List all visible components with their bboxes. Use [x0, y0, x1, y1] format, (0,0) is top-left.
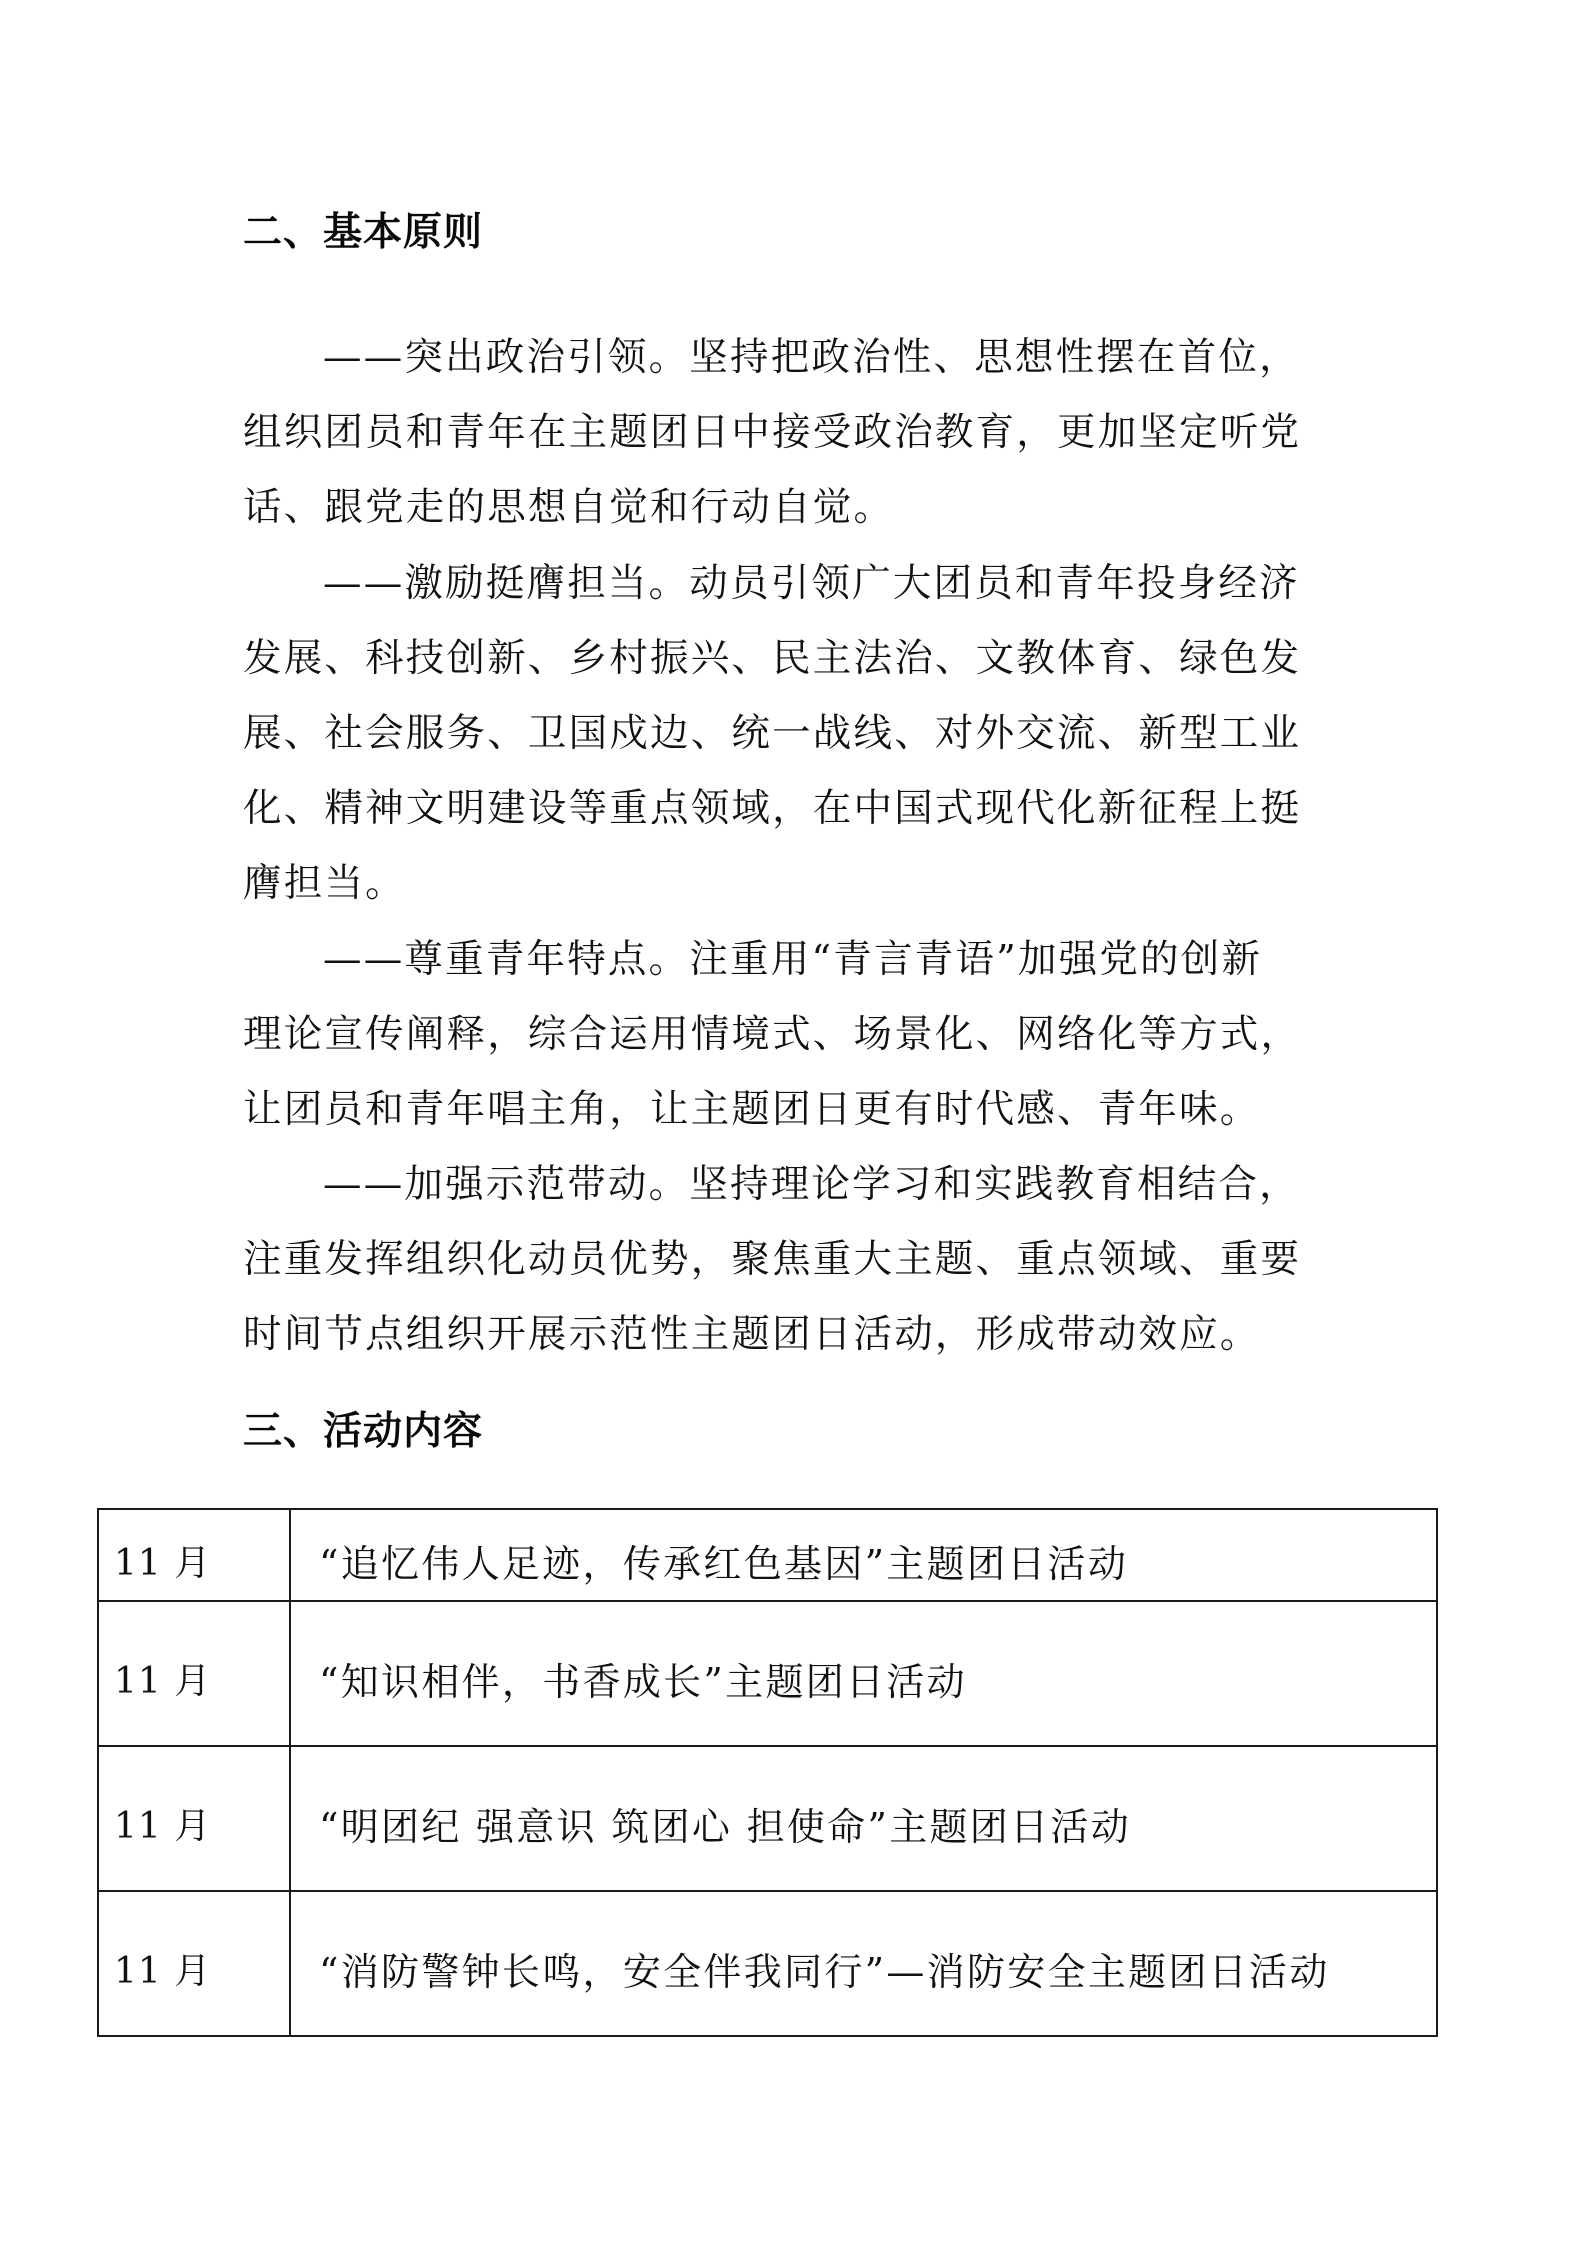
document-page: 二、基本原则 ——突出政治引领。坚持把政治性、思想性摆在首位， 组织团员和青年在… [0, 0, 1587, 2245]
activity-date: 11 月 [98, 1746, 290, 1891]
paragraph-line: 化、精神文明建设等重点领域，在中国式现代化新征程上挺 [243, 771, 1353, 846]
table-row: 11 月 “追忆伟人足迹，传承红色基因”主题团日活动 [98, 1509, 1437, 1601]
section-heading-activity-content: 三、活动内容 [243, 1408, 483, 1456]
activity-title: “明团纪 强意识 筑团心 担使命”主题团日活动 [290, 1746, 1437, 1891]
principle-paragraph-demonstration: ——加强示范带动。坚持理论学习和实践教育相结合， 注重发挥组织化动员优势，聚焦重… [243, 1147, 1353, 1373]
table-row: 11 月 “知识相伴，书香成长”主题团日活动 [98, 1601, 1437, 1746]
activity-table: 11 月 “追忆伟人足迹，传承红色基因”主题团日活动 11 月 “知识相伴，书香… [97, 1508, 1438, 2037]
paragraph-line: 话、跟党走的思想自觉和行动自觉。 [243, 470, 1353, 545]
paragraph-line: 组织团员和青年在主题团日中接受政治教育，更加坚定听党 [243, 395, 1353, 470]
paragraph-line: 展、社会服务、卫国戍边、统一战线、对外交流、新型工业 [243, 696, 1353, 771]
principles-body: ——突出政治引领。坚持把政治性、思想性摆在首位， 组织团员和青年在主题团日中接受… [243, 320, 1353, 1373]
paragraph-line: 发展、科技创新、乡村振兴、民主法治、文教体育、绿色发 [243, 621, 1353, 696]
activity-date: 11 月 [98, 1509, 290, 1601]
activity-date: 11 月 [98, 1891, 290, 2036]
activity-title: “消防警钟长鸣，安全伴我同行”—消防安全主题团日活动 [290, 1891, 1437, 2036]
paragraph-line: ——加强示范带动。坚持理论学习和实践教育相结合， [243, 1147, 1353, 1222]
paragraph-line: 时间节点组织开展示范性主题团日活动，形成带动效应。 [243, 1297, 1353, 1372]
paragraph-line: ——突出政治引领。坚持把政治性、思想性摆在首位， [243, 320, 1353, 395]
principle-paragraph-take-responsibility: ——激励挺膺担当。动员引领广大团员和青年投身经济 发展、科技创新、乡村振兴、民主… [243, 546, 1353, 922]
activity-title: “知识相伴，书香成长”主题团日活动 [290, 1601, 1437, 1746]
paragraph-line: 膺担当。 [243, 846, 1353, 921]
section-heading-basic-principles: 二、基本原则 [243, 209, 483, 257]
paragraph-line: ——尊重青年特点。注重用“青言青语”加强党的创新 [243, 922, 1353, 997]
table-row: 11 月 “明团纪 强意识 筑团心 担使命”主题团日活动 [98, 1746, 1437, 1891]
paragraph-line: 理论宣传阐释，综合运用情境式、场景化、网络化等方式， [243, 997, 1353, 1072]
table-row: 11 月 “消防警钟长鸣，安全伴我同行”—消防安全主题团日活动 [98, 1891, 1437, 2036]
principle-paragraph-respect-youth: ——尊重青年特点。注重用“青言青语”加强党的创新 理论宣传阐释，综合运用情境式、… [243, 922, 1353, 1148]
paragraph-line: 让团员和青年唱主角，让主题团日更有时代感、青年味。 [243, 1072, 1353, 1147]
activity-title: “追忆伟人足迹，传承红色基因”主题团日活动 [290, 1509, 1437, 1601]
principle-paragraph-political-leadership: ——突出政治引领。坚持把政治性、思想性摆在首位， 组织团员和青年在主题团日中接受… [243, 320, 1353, 546]
paragraph-line: 注重发挥组织化动员优势，聚焦重大主题、重点领域、重要 [243, 1222, 1353, 1297]
paragraph-line: ——激励挺膺担当。动员引领广大团员和青年投身经济 [243, 546, 1353, 621]
activity-date: 11 月 [98, 1601, 290, 1746]
